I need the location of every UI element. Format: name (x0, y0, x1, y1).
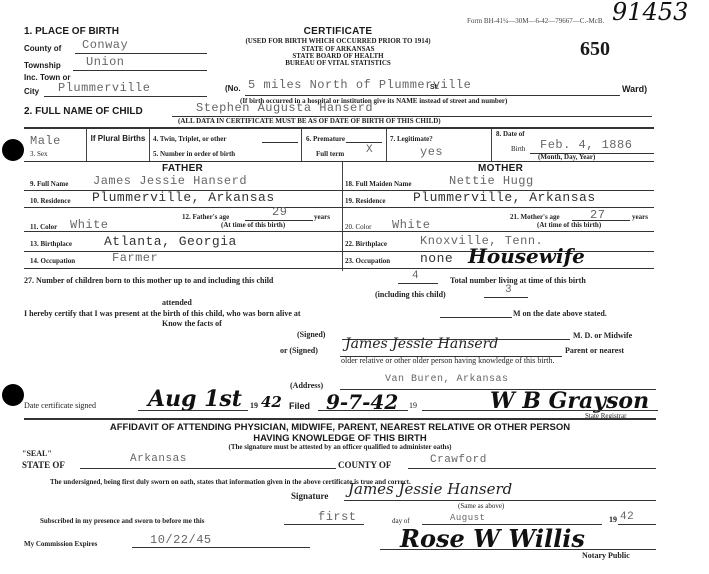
signed-label: (Signed) (297, 330, 325, 339)
father-heading: FATHER (162, 163, 203, 174)
commission-value[interactable]: 10/22/45 (150, 533, 212, 547)
affidavit-state-label: STATE OF (22, 460, 65, 470)
affidavit-county-value[interactable]: Crawford (430, 454, 487, 466)
filed-label: Filed (289, 401, 310, 411)
attended-label: attended (162, 298, 192, 307)
seal-label: "SEAL" (22, 449, 52, 458)
mother-birthplace-label: 22. Birthplace (345, 240, 387, 248)
twin-label: 4. Twin, Triplet, or other (153, 135, 226, 143)
father-color-label: 11. Color (30, 223, 57, 231)
street-prefix: (No. (225, 84, 241, 93)
dob-label: Birth (511, 145, 525, 153)
mother-occupation-value[interactable]: none (420, 251, 453, 266)
bureau-name: BUREAU OF VITAL STATISTICS (218, 59, 458, 67)
legitimate-label: 7. Legitimate? (390, 135, 433, 143)
mother-age-unit: years (632, 213, 648, 221)
living-count-label: Total number living at time of this birt… (450, 276, 586, 285)
child-name-label: 2. FULL NAME OF CHILD (24, 106, 143, 117)
address-value[interactable]: Van Buren, Arkansas (385, 374, 509, 385)
affidavit-state-value[interactable]: Arkansas (130, 453, 187, 465)
certify-text-end: M on the date above stated. (513, 309, 607, 318)
mother-name-label: 18. Full Maiden Name (345, 180, 412, 188)
mother-heading: MOTHER (478, 163, 523, 174)
father-age-value[interactable]: 29 (272, 205, 287, 219)
father-age-unit: years (314, 213, 330, 221)
father-age-note: (At time of this birth) (221, 221, 285, 229)
mother-name-value[interactable]: Nettie Hugg (449, 174, 534, 188)
premature-label: 6. Premature (306, 135, 345, 143)
father-birthplace-value[interactable]: Atlanta, Georgia (104, 234, 237, 249)
ward-label: Ward) (622, 84, 647, 94)
county-value[interactable]: Conway (82, 38, 128, 52)
mother-occupation-label: 23. Occupation (345, 257, 390, 265)
place-of-birth-heading: 1. PLACE OF BIRTH (24, 26, 119, 37)
certificate-title: CERTIFICATE (218, 26, 458, 37)
or-signed-label: or (Signed) (280, 346, 318, 355)
data-note: (ALL DATA IN CERTIFICATE MUST BE AS OF D… (178, 117, 441, 125)
hole-punch-bottom (2, 384, 24, 406)
dob-note: (Month, Day, Year) (538, 153, 595, 161)
affidavit-county-label: COUNTY OF (338, 460, 391, 470)
affidavit-signature-value[interactable]: James Jessie Hanserd (348, 480, 512, 498)
mother-age-note: (At time of this birth) (537, 221, 601, 229)
father-occupation-label: 14. Occupation (30, 257, 75, 265)
year-value[interactable]: 42 (620, 511, 634, 523)
certificate-title-block: CERTIFICATE (USED FOR BIRTH WHICH OCCURR… (218, 26, 458, 67)
father-residence-label: 10. Residence (30, 197, 70, 205)
sex-value[interactable]: Male (30, 134, 61, 148)
mother-residence-value[interactable]: Plummerville, Arkansas (413, 190, 596, 205)
father-birthplace-label: 13. Birthplace (30, 240, 72, 248)
commission-label: My Commission Expires (24, 540, 97, 548)
father-color-value[interactable]: White (70, 218, 109, 232)
certificate-number: 650 (580, 38, 610, 61)
address-label: (Address) (290, 381, 323, 390)
certificate-subtitle: (USED FOR BIRTH WHICH OCCURRED PRIOR TO … (218, 37, 458, 45)
city-label: City (24, 87, 39, 96)
father-age-label: 12. Father's age (182, 213, 229, 221)
mother-age-label: 21. Mother's age (510, 213, 560, 221)
parent-label: Parent or nearest (565, 346, 624, 355)
handwritten-file-number: 91453 (612, 0, 688, 26)
plural-births-text: If Plural Births (91, 134, 146, 143)
date-signed-year[interactable]: 42 (261, 393, 282, 411)
subscribed-day[interactable]: first (318, 510, 357, 524)
dob-value[interactable]: Feb. 4, 1886 (540, 138, 632, 152)
parent-note: older relative or other older person hav… (341, 356, 653, 365)
subscribed-label: Subscribed in my presence and sworn to b… (40, 517, 204, 525)
county-label: County of (24, 44, 61, 53)
same-as-above: (Same as above) (458, 502, 504, 510)
mother-color-value[interactable]: White (392, 218, 431, 232)
dob-label-top: 8. Date of (496, 130, 525, 138)
mother-residence-label: 19. Residence (345, 197, 385, 205)
mother-occupation-handwritten[interactable]: Housewife (468, 244, 585, 268)
mother-color-label: 20. Color (345, 223, 371, 231)
city-value[interactable]: Plummerville (58, 81, 150, 95)
father-occupation-value[interactable]: Farmer (112, 251, 158, 265)
date-signed-label: Date certificate signed (24, 401, 96, 410)
full-term-value[interactable]: X (366, 144, 373, 156)
children-count-label: 27. Number of children born to this moth… (24, 276, 273, 285)
order-label: 5. Number in order of birth (153, 150, 235, 158)
township-label: Township (24, 61, 61, 70)
affidavit-signature-label: Signature (291, 491, 328, 501)
year-prefix: 19 (609, 515, 617, 524)
hole-punch-top (2, 139, 24, 161)
street-st-label: St. (430, 84, 439, 91)
notary-label: Notary Public (582, 551, 630, 560)
filed-year-prefix: 19 (409, 401, 417, 410)
date-signed-year-prefix: 19 (250, 401, 258, 410)
father-name-value[interactable]: James Jessie Hanserd (93, 174, 247, 188)
township-value[interactable]: Union (86, 55, 125, 69)
living-count-value[interactable]: 3 (505, 284, 512, 296)
child-name-value[interactable]: Stephen Augusta Hanserd (196, 101, 373, 115)
md-label: M. D. or Midwife (573, 331, 632, 340)
father-residence-value[interactable]: Plummerville, Arkansas (92, 190, 275, 205)
affidavit-title-line1: AFFIDAVIT OF ATTENDING PHYSICIAN, MIDWIF… (24, 422, 656, 433)
subscribed-month[interactable]: August (450, 513, 485, 523)
form-number: Form BH-41¼—30M—6-42—79667—C.-McB. (467, 17, 604, 25)
certify-text: I hereby certify that I was present at t… (24, 309, 301, 318)
father-name-label: 9. Full Name (30, 180, 68, 188)
children-count-value[interactable]: 4 (412, 270, 419, 282)
parent-signature[interactable]: James Jessie Hanserd (345, 336, 498, 352)
legitimate-value[interactable]: yes (420, 145, 443, 159)
sex-label: 3. Sex (30, 150, 48, 158)
full-term-label: Full term (316, 150, 344, 158)
know-facts-label: Know the facts of (162, 319, 222, 328)
affidavit-note: (The signature must be attested by an of… (24, 443, 656, 451)
date-signed-value[interactable]: Aug 1st (148, 386, 242, 412)
plural-births-label: If Plural Births (90, 134, 146, 144)
living-count-note: (including this child) (375, 290, 446, 299)
